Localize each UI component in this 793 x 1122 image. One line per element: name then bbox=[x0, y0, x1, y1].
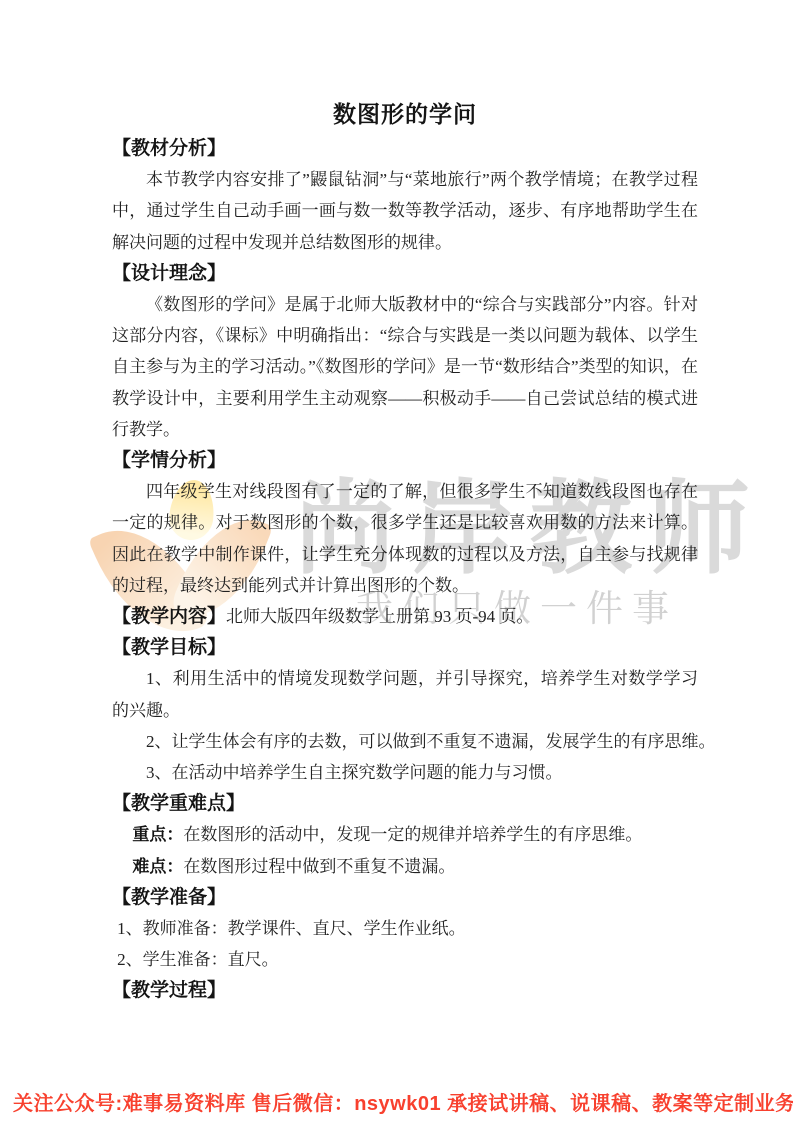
learner-analysis-paragraph: 四年级学生对线段图有了一定的了解，但很多学生不知道数线段图也存在一定的规律。对于… bbox=[112, 476, 698, 601]
teaching-goal-item-3: 3、在活动中培养学生自主探究数学问题的能力与习惯。 bbox=[112, 757, 698, 788]
section-heading-teaching-content: 【教学内容】 bbox=[112, 606, 226, 627]
document-page: 尚岸教师 我们只做一件事 数图形的学问 【教材分析】 本节教学内容安排了”鼹鼠钻… bbox=[0, 0, 793, 1122]
preparation-item-1: 1、教师准备：教学课件、直尺、学生作业纸。 bbox=[112, 913, 698, 944]
section-heading-material-analysis: 【教材分析】 bbox=[112, 133, 698, 164]
key-point-text: 在数图形的活动中，发现一定的规律并培养学生的有序思维。 bbox=[183, 825, 642, 844]
difficult-point-line: 难点：在数图形过程中做到不重复不遗漏。 bbox=[112, 851, 698, 882]
section-heading-design-concept: 【设计理念】 bbox=[112, 258, 698, 289]
section-heading-learner-analysis: 【学情分析】 bbox=[112, 445, 698, 476]
key-point-line: 重点：在数图形的活动中，发现一定的规律并培养学生的有序思维。 bbox=[112, 819, 698, 850]
section-heading-key-difficult-points: 【教学重难点】 bbox=[112, 788, 698, 819]
teaching-goal-item-2: 2、让学生体会有序的去数，可以做到不重复不遗漏，发展学生的有序思维。 bbox=[112, 726, 698, 757]
key-point-label: 重点： bbox=[132, 825, 183, 844]
preparation-item-2: 2、学生准备：直尺。 bbox=[112, 944, 698, 975]
section-heading-teaching-preparation: 【教学准备】 bbox=[112, 882, 698, 913]
teaching-goal-item-1: 1、利用生活中的情境发现数学问题，并引导探究，培养学生对数学学习的兴趣。 bbox=[112, 663, 698, 725]
footer-promo-text: 关注公众号:难事易资料库 售后微信：nsywk01 承接试讲稿、说课稿、教案等定… bbox=[13, 1087, 793, 1116]
page-title: 数图形的学问 bbox=[112, 97, 698, 133]
difficult-point-label: 难点： bbox=[132, 857, 183, 876]
document-content: 数图形的学问 【教材分析】 本节教学内容安排了”鼹鼠钻洞”与“菜地旅行”两个教学… bbox=[0, 0, 793, 1122]
material-analysis-paragraph: 本节教学内容安排了”鼹鼠钻洞”与“菜地旅行”两个教学情境；在教学过程中，通过学生… bbox=[112, 164, 698, 258]
difficult-point-text: 在数图形过程中做到不重复不遗漏。 bbox=[183, 857, 455, 876]
teaching-content-text: 北师大版四年级数学上册第 93 页-94 页。 bbox=[226, 607, 533, 626]
design-concept-paragraph: 《数图形的学问》是属于北师大版教材中的“综合与实践部分”内容。针对这部分内容，《… bbox=[112, 289, 698, 445]
teaching-content-line: 【教学内容】北师大版四年级数学上册第 93 页-94 页。 bbox=[112, 601, 698, 632]
section-heading-teaching-goals: 【教学目标】 bbox=[112, 632, 698, 663]
section-heading-teaching-process: 【教学过程】 bbox=[112, 975, 698, 1006]
